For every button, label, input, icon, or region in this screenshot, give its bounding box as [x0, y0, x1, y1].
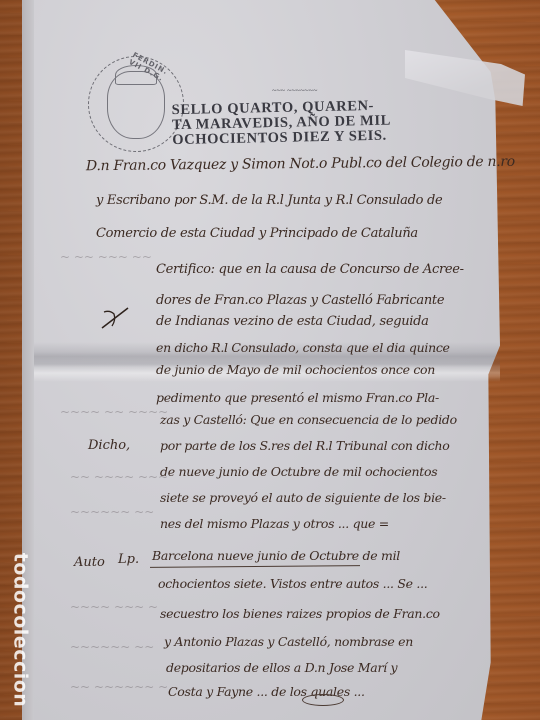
handwritten-line: de nueve junio de Octubre de mil ochocie…	[160, 464, 437, 479]
handwritten-line: secuestro los bienes raizes propios de F…	[160, 606, 440, 621]
handwritten-line: dores de Fran.co Plazas y Castelló Fabri…	[156, 293, 444, 308]
bleed-through-text: ~~~~ ~~~ ~	[70, 600, 158, 614]
bleed-through-text: ~~ ~~~~~~ ~	[70, 680, 168, 694]
stamp-header: SELLO QUARTO, QUAREN- TA MARAVEDIS, AÑO …	[172, 97, 473, 148]
handwritten-line: pedimento que presentó el mismo Fran.co …	[156, 390, 439, 405]
todocoleccion-watermark: todocoleccion	[6, 545, 34, 715]
handwritten-line: y Antonio Plazas y Castelló, nombrase en	[164, 634, 413, 649]
margin-note-abbrev: Lp.	[118, 552, 139, 567]
margin-note-dicho: Dicho,	[88, 438, 130, 453]
handwritten-line: depositarios de ellos a D.n Jose Marí y	[166, 660, 397, 675]
margin-note-auto: Auto	[74, 555, 105, 570]
handwritten-line: Barcelona nueve junio de Octubre de mil	[152, 548, 400, 563]
bleed-through-text: ~~ ~~~~ ~~~	[70, 470, 168, 484]
handwritten-line: en dicho R.l Consulado, consta que el di…	[156, 340, 450, 355]
handwritten-line: nes del mismo Plazas y otros ... que =	[160, 516, 389, 531]
bleed-through-text: ~ ~~ ~~~ ~~	[60, 250, 152, 264]
notary-rubric-flourish	[302, 694, 344, 706]
handwritten-line: de junio de Mayo de mil ochocientos once…	[156, 362, 435, 377]
royal-seal-stamp: FERDIN. VII D.G.	[88, 56, 184, 152]
handwritten-line: Comercio de esta Ciudad y Principado de …	[96, 226, 418, 241]
handwritten-line: Certifico: que en la causa de Concurso d…	[156, 262, 464, 277]
handwritten-line: siete se proveyó el auto de siguiente de…	[160, 490, 446, 505]
handwritten-line: por parte de los S.res del R.l Tribunal …	[160, 438, 449, 453]
cross-mark-icon	[100, 306, 130, 330]
handwritten-line: zas y Castelló: Que en consecuencia de l…	[160, 412, 457, 427]
bleed-through-text: ~~~~ ~~ ~~~~	[60, 405, 168, 419]
bleed-through-text: ~~~~~~ ~~	[70, 505, 154, 519]
handwritten-line: y Escribano por S.M. de la R.l Junta y R…	[96, 193, 442, 208]
handwritten-line: ochocientos siete. Vistos entre autos ..…	[158, 576, 427, 591]
watermark-text: todocoleccion	[9, 553, 31, 708]
coat-of-arms-icon	[107, 71, 165, 139]
bleed-through-text: ~~~~~~ ~~	[70, 640, 154, 654]
handwritten-line: de Indianas vezino de esta Ciudad, segui…	[156, 314, 429, 329]
stamp-header-small-line: ~~~ ~~~~~~~	[272, 86, 317, 95]
